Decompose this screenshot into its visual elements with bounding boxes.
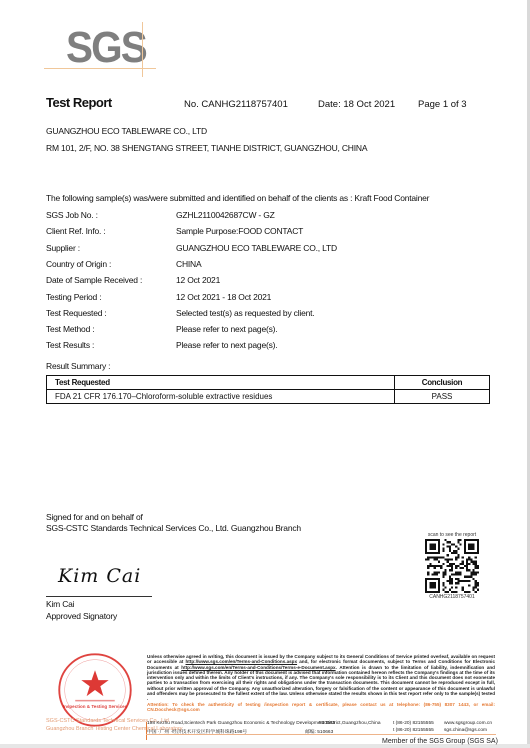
detail-row: Test Results :Please refer to next page(…: [46, 340, 466, 352]
detail-label: Testing Period :: [46, 292, 101, 302]
detail-value: GUANGZHOU ECO TABLEWARE CO., LTD: [176, 243, 337, 253]
report-title: Test Report: [46, 95, 112, 110]
result-summary-label: Result Summary :: [46, 361, 110, 371]
terms-text-3: . Attention is drawn to the limitation o…: [147, 665, 495, 702]
qr-report-id: CANHG2118757401: [423, 594, 481, 600]
logo-vertical-rule: [142, 22, 143, 77]
detail-row: Supplier :GUANGZHOU ECO TABLEWARE CO., L…: [46, 243, 466, 255]
client-name: GUANGZHOU ECO TABLEWARE CO., LTD: [46, 126, 207, 136]
detail-row: Date of Sample Received :12 Oct 2021: [46, 275, 466, 287]
detail-value: GZHL2110042687CW - GZ: [176, 210, 275, 220]
footer-horizontal-rule: [146, 734, 496, 735]
address-english: 198 Kezhu Road,Scientech Park Guangzhou …: [147, 721, 381, 726]
qr-code-icon[interactable]: [425, 539, 479, 593]
detail-label: Date of Sample Received :: [46, 275, 142, 285]
result-summary-table: Test Requested Conclusion FDA 21 CFR 176…: [46, 375, 490, 404]
detail-value: CHINA: [176, 259, 201, 269]
signed-line-1: Signed for and on behalf of: [46, 512, 301, 523]
detail-row: Country of Origin :CHINA: [46, 259, 466, 271]
logo-horizontal-rule: [44, 68, 156, 69]
email-link[interactable]: sgs.china@sgs.com: [444, 728, 487, 733]
conclusion-cell: PASS: [395, 390, 490, 404]
sgs-logo: SGS: [44, 22, 162, 78]
svg-text:Inspection & Testing Services: Inspection & Testing Services: [63, 704, 128, 709]
telephone-2: t (86-20) 82155555: [393, 728, 434, 733]
detail-row: Test Method :Please refer to next page(s…: [46, 324, 466, 336]
detail-value: Please refer to next page(s).: [176, 340, 277, 350]
table-row: FDA 21 CFR 176.170–Chloroform-soluble ex…: [47, 390, 490, 404]
signatory-name: Kim Cai: [46, 599, 74, 609]
detail-row: Test Requested :Selected test(s) as requ…: [46, 308, 466, 320]
report-header: Test Report No. CANHG2118757401 Date: 18…: [46, 98, 530, 114]
detail-label: Country of Origin :: [46, 259, 111, 269]
detail-label: Test Results :: [46, 340, 94, 350]
detail-row: Client Ref. Info. :Sample Purpose:FOOD C…: [46, 226, 466, 238]
sgs-group-membership: Member of the SGS Group (SGS SA): [382, 738, 498, 745]
report-date: Date: 18 Oct 2021: [318, 99, 395, 110]
client-address: RM 101, 2/F, NO. 38 SHENGTANG STREET, TI…: [46, 143, 367, 153]
detail-label: Supplier :: [46, 243, 80, 253]
official-seal-stamp: Inspection & Testing Services: [57, 652, 133, 728]
detail-value: Please refer to next page(s).: [176, 324, 277, 334]
terms-link[interactable]: http://www.sgs.com/en/Terms-and-Conditio…: [186, 659, 298, 664]
qr-code-block: scan to see the report CANHG2118757401: [423, 532, 481, 600]
detail-label: Client Ref. Info. :: [46, 226, 106, 236]
signed-on-behalf: Signed for and on behalf of SGS-CSTC Sta…: [46, 512, 301, 534]
handwritten-signature: Kim Cai: [58, 565, 141, 587]
column-header-conclusion: Conclusion: [395, 376, 490, 390]
signatory-role: Approved Signatory: [46, 611, 117, 621]
table-header-row: Test Requested Conclusion: [47, 376, 490, 390]
intro-statement: The following sample(s) was/were submitt…: [46, 193, 429, 203]
detail-row: SGS Job No. :GZHL2110042687CW - GZ: [46, 210, 466, 222]
detail-label: Test Requested :: [46, 308, 107, 318]
detail-label: Test Method :: [46, 324, 94, 334]
telephone-1: t (86-20) 82155555: [393, 721, 434, 726]
detail-value: Selected test(s) as requested by client.: [176, 308, 314, 318]
column-header-test: Test Requested: [47, 376, 395, 390]
qr-caption: scan to see the report: [423, 532, 481, 538]
detail-value: 12 Oct 2021: [176, 275, 220, 285]
zip-english: 510663: [319, 721, 335, 726]
logo-text: SGS: [66, 24, 146, 72]
page-indicator: Page 1 of 3: [418, 99, 467, 110]
signed-line-2: SGS-CSTC Standards Technical Services Co…: [46, 523, 301, 534]
detail-value: Sample Purpose:FOOD CONTACT: [176, 226, 303, 236]
website-link[interactable]: www.sgsgroup.com.cn: [444, 721, 492, 726]
e-document-terms-link[interactable]: http://www.sgs.com/en/Terms-and-Conditio…: [181, 665, 335, 670]
signature-line: [46, 596, 152, 597]
detail-label: SGS Job No. :: [46, 210, 98, 220]
detail-row: Testing Period :12 Oct 2021 - 18 Oct 202…: [46, 292, 466, 304]
test-name-cell: FDA 21 CFR 176.170–Chloroform-soluble ex…: [47, 390, 395, 404]
terms-and-conditions: Unless otherwise agreed in writing, this…: [147, 654, 495, 712]
detail-value: 12 Oct 2021 - 18 Oct 2021: [176, 292, 271, 302]
report-number: No. CANHG2118757401: [184, 99, 288, 110]
authenticity-notice: Attention: To check the authenticity of …: [147, 702, 495, 713]
